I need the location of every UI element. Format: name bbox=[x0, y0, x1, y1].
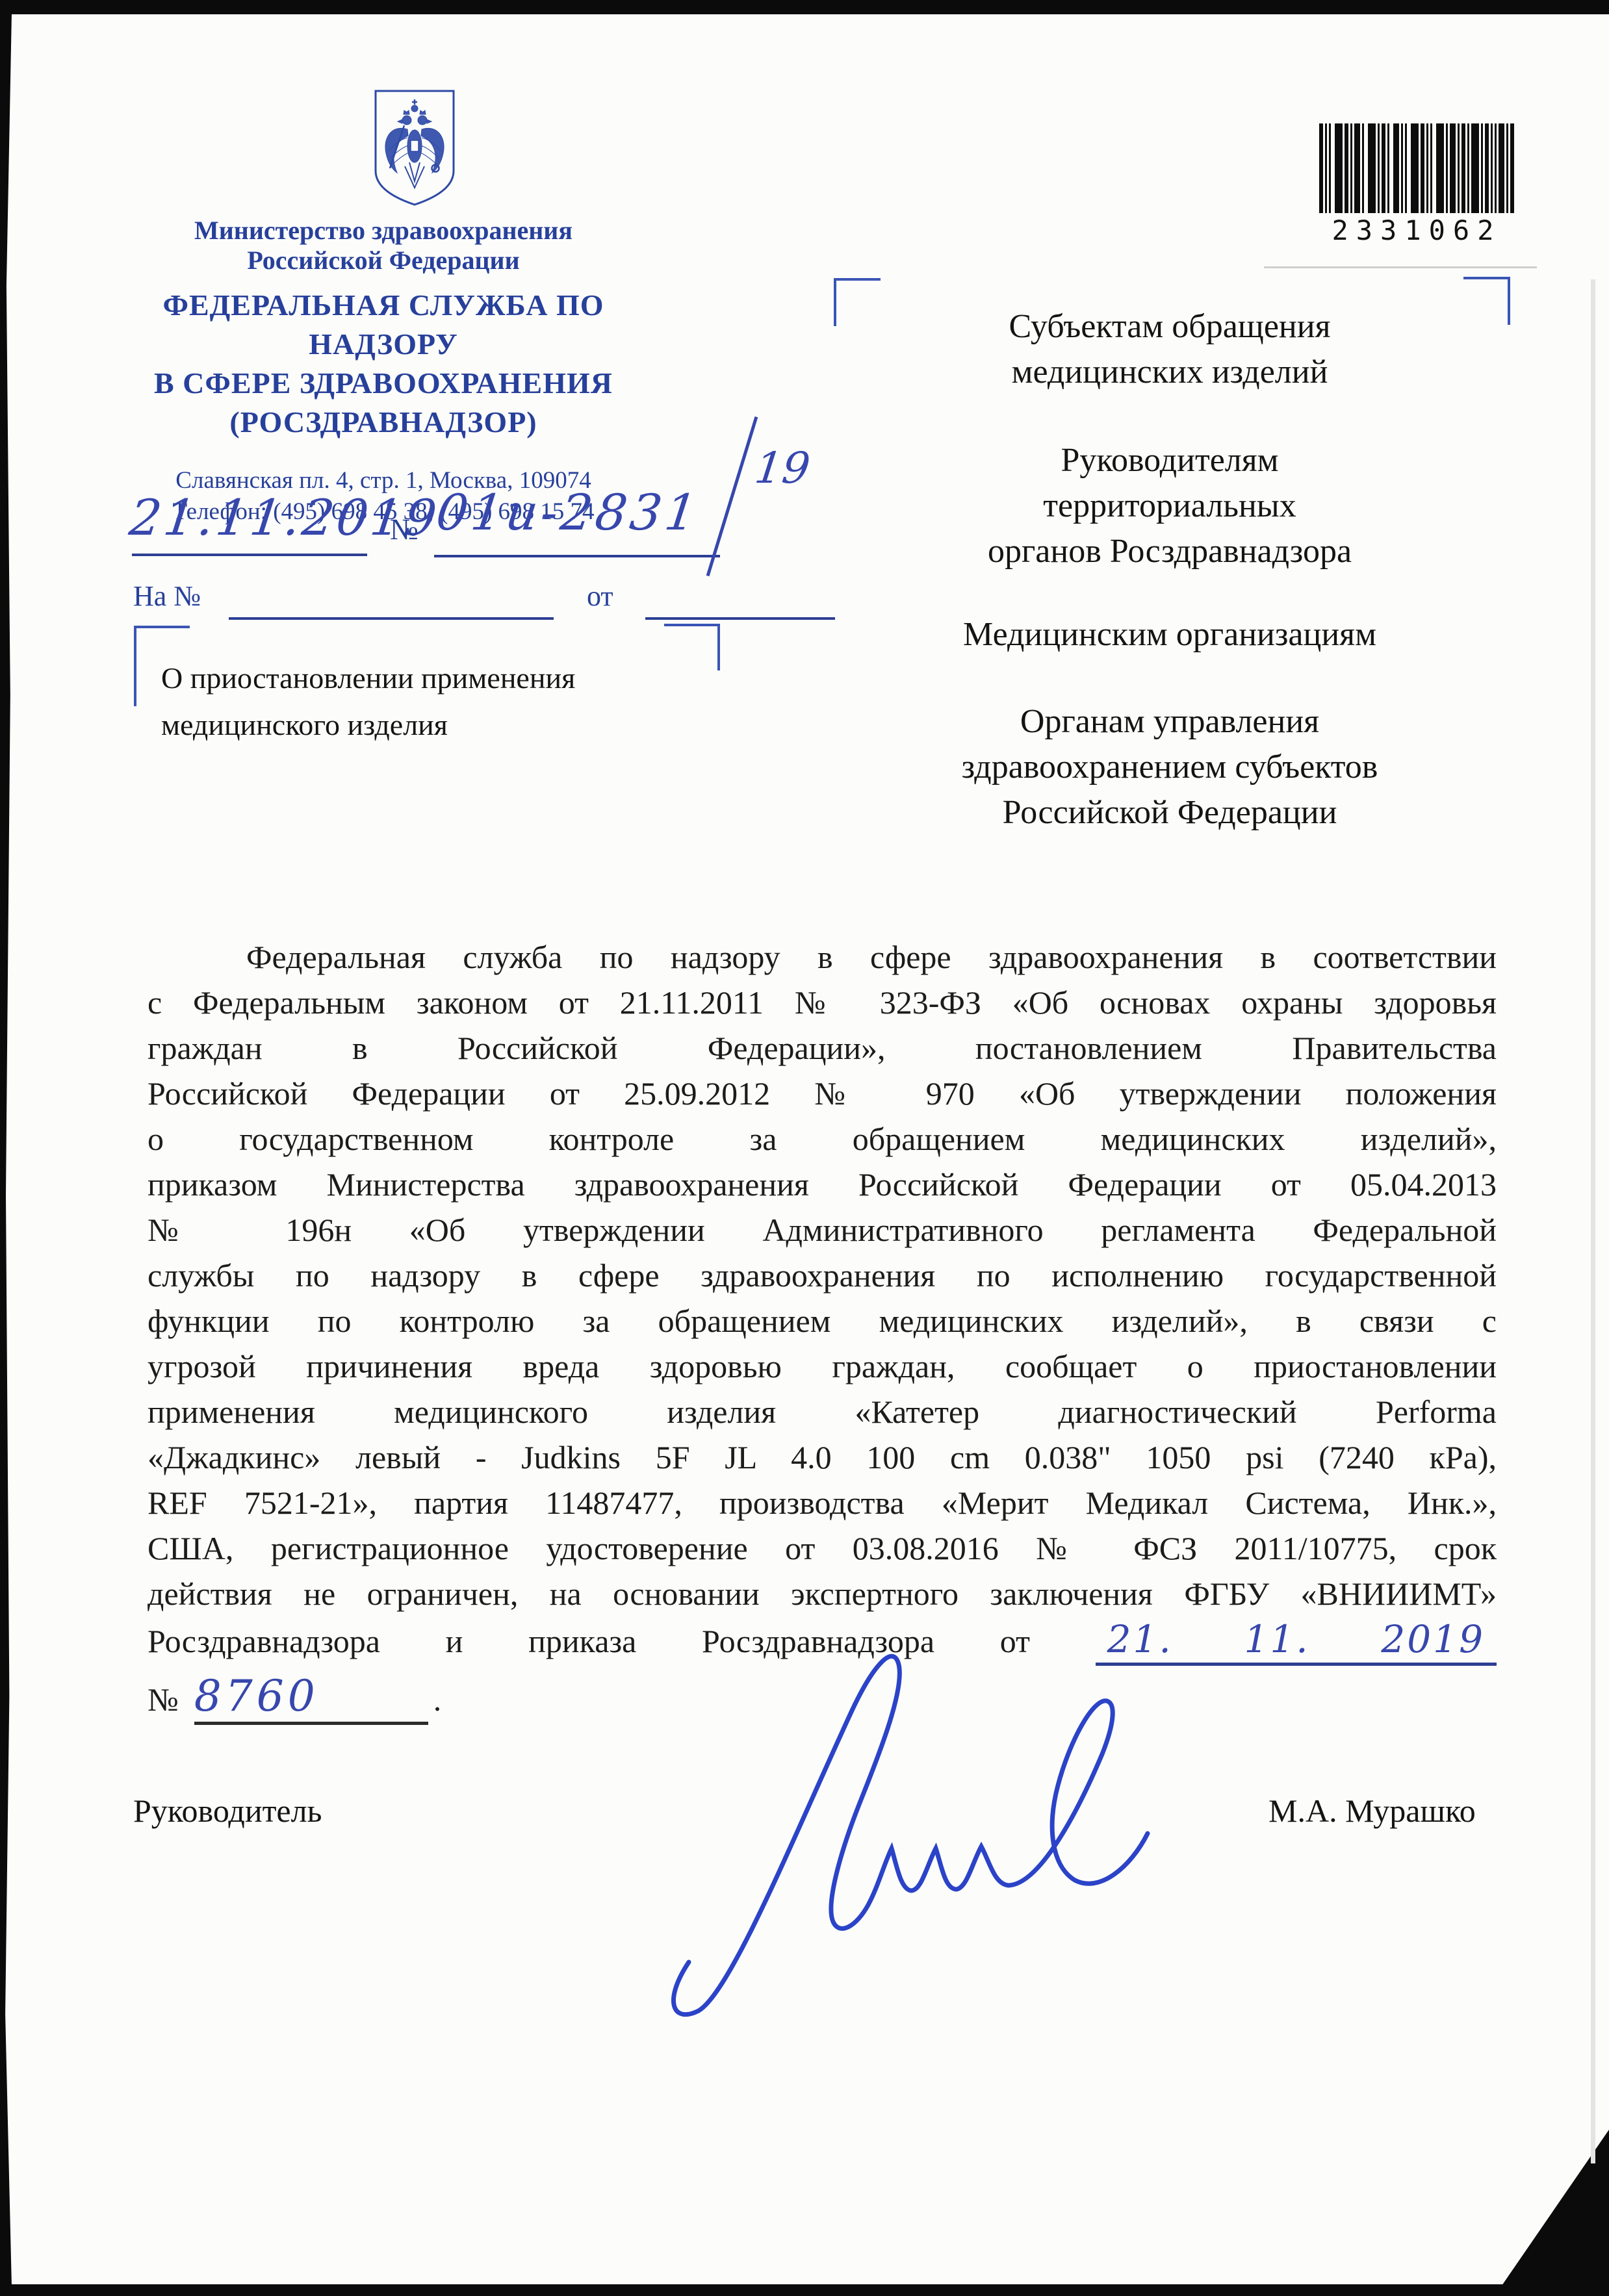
signer-name: М.А. Мурашко bbox=[1268, 1792, 1476, 1830]
subject-block: О приостановлении применения медицинског… bbox=[161, 655, 575, 748]
scan-artifact-left-strip bbox=[0, 13, 12, 2287]
letter-body: Федеральная служба по надзору в сфере зд… bbox=[148, 934, 1497, 1731]
number-underline bbox=[434, 555, 720, 557]
scan-artifact-gray-stripe bbox=[1591, 279, 1595, 2163]
body-line: Российской Федерации от 25.09.2012 № 970… bbox=[148, 1071, 1497, 1116]
order-number-sign: № bbox=[148, 1681, 179, 1718]
barcode-bars bbox=[1319, 123, 1514, 213]
body-line: службы по надзору в сфере здравоохранени… bbox=[148, 1253, 1497, 1298]
recipient-line: Российской Федерации bbox=[845, 790, 1495, 835]
service-name-line2: В СФЕРЕ ЗДРАВООХРАНЕНИЯ bbox=[117, 364, 650, 403]
body-line: о государственном контроле за обращением… bbox=[148, 1116, 1497, 1162]
recipient-group-health-authorities: Органам управления здравоохранением субъ… bbox=[845, 699, 1495, 835]
scan-artifact-gray-line bbox=[1264, 266, 1537, 268]
body-line: Федеральная служба по надзору в сфере зд… bbox=[148, 934, 1497, 980]
body-line: граждан в Российской Федерации», постано… bbox=[148, 1025, 1497, 1071]
reply-number-blank-underline bbox=[229, 617, 554, 620]
scan-artifact-top-bar bbox=[0, 0, 1609, 14]
recipient-line: Руководителям bbox=[845, 438, 1495, 483]
ministry-name-line1: Министерство здравоохранения bbox=[117, 216, 650, 246]
sentence-period: . bbox=[433, 1681, 442, 1718]
barcode-number: 2331062 bbox=[1319, 214, 1514, 246]
body-line: угрозой причинения вреда здоровью гражда… bbox=[148, 1344, 1497, 1389]
scan-artifact-bottom-bar bbox=[0, 2284, 1609, 2296]
recipient-line: медицинских изделий bbox=[845, 350, 1495, 395]
body-line: действия не ограничен, на основании эксп… bbox=[148, 1571, 1497, 1616]
barcode: 2331062 bbox=[1319, 123, 1514, 244]
recipient-line: здравоохранением субъектов bbox=[845, 745, 1495, 790]
reply-date-blank-underline bbox=[645, 617, 835, 620]
body-line: № 196н «Об утверждении Административного… bbox=[148, 1207, 1497, 1253]
handwritten-signature bbox=[611, 1624, 1183, 2040]
body-line: приказом Министерства здравоохранения Ро… bbox=[148, 1162, 1497, 1207]
recipient-group-subjects: Субъектам обращения медицинских изделий bbox=[845, 304, 1495, 395]
body-line: США, регистрационное удостоверение от 03… bbox=[148, 1525, 1497, 1571]
body-line: REF 7521-21», партия 11487477, производс… bbox=[148, 1480, 1497, 1525]
subject-line1: О приостановлении применения bbox=[161, 655, 575, 702]
handwritten-number-suffix: 19 bbox=[752, 443, 812, 493]
service-name-line3: (РОСЗДРАВНАДЗОР) bbox=[117, 403, 650, 442]
body-line: с Федеральным законом от 21.11.2011 № 32… bbox=[148, 980, 1497, 1025]
recipient-line: органов Росздравнадзора bbox=[845, 529, 1495, 574]
recipient-line: Медицинским организациям bbox=[845, 612, 1495, 657]
recipient-line: Субъектам обращения bbox=[845, 304, 1495, 350]
recipients-block: Субъектам обращения медицинских изделий … bbox=[845, 304, 1495, 835]
body-line: применения медицинского изделия «Катетер… bbox=[148, 1389, 1497, 1435]
service-name-line1: ФЕДЕРАЛЬНАЯ СЛУЖБА ПО НАДЗОРУ bbox=[117, 286, 650, 364]
ministry-name-line2: Российской Федерации bbox=[117, 246, 650, 275]
signer-position-title: Руководитель bbox=[133, 1792, 322, 1830]
handwritten-slash-stroke bbox=[706, 416, 758, 576]
body-line: «Джадкинс» левый - Judkins 5F JL 4.0 100… bbox=[148, 1435, 1497, 1480]
subject-corner-mark-right bbox=[664, 624, 720, 670]
recipient-group-territorial-heads: Руководителям территориальных органов Ро… bbox=[845, 438, 1495, 574]
reply-from-label: от bbox=[587, 580, 613, 613]
letterhead-block: Министерство здравоохранения Российской … bbox=[117, 216, 650, 528]
handwritten-order-number: 8760 bbox=[194, 1671, 428, 1725]
recipient-line: территориальных bbox=[845, 483, 1495, 529]
handwritten-outgoing-number: 01и-2831 bbox=[433, 483, 704, 541]
scanned-letter-page: Министерство здравоохранения Российской … bbox=[0, 0, 1609, 2296]
recipient-line: Органам управления bbox=[845, 699, 1495, 745]
recipient-group-medical-organizations: Медицинским организациям bbox=[845, 612, 1495, 657]
subject-line2: медицинского изделия bbox=[161, 702, 575, 748]
reply-to-number-label: На № bbox=[133, 580, 201, 613]
number-sign-label: № bbox=[390, 512, 418, 546]
date-underline bbox=[132, 554, 367, 556]
coat-of-arms-icon bbox=[372, 89, 457, 207]
body-line: функции по контролю за обращением медици… bbox=[148, 1298, 1497, 1344]
